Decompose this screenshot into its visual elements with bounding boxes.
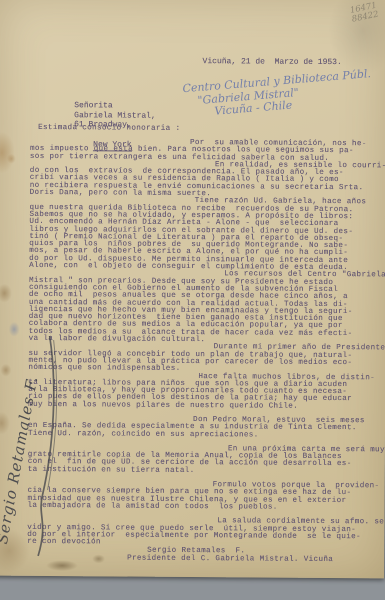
handwritten-annotation: Centro Cultural y Biblioteca Públ."Gabri…	[182, 68, 373, 121]
salutation: Estimada consocio honoraria :	[38, 124, 180, 133]
paragraph: En realidad, es sensible lo courri-do co…	[30, 161, 364, 200]
recipient-line: Señorita	[74, 101, 156, 111]
paragraph: Durante mi primer año de Presidentesu se…	[28, 343, 362, 375]
letter-body: Por su amable comunicación, nos he-mos i…	[27, 139, 364, 549]
paragraph: Los recursos del Centro "GabrielaMistral…	[29, 270, 364, 345]
archival-pencil-numbers: 16471 88422	[349, 2, 379, 25]
stain	[7, 154, 16, 164]
letter-paper: 16471 88422 Vicuña, 21 de Marzo de 1953.…	[0, 0, 385, 578]
paragraph: En una próxima carta me será muygrato re…	[28, 445, 362, 477]
paragraph: La saluda cordialmente su afmo. ser-vido…	[27, 517, 361, 549]
stain	[0, 132, 15, 174]
ink-smudge	[9, 322, 20, 337]
signature-flourish-stroke	[26, 330, 62, 562]
stain	[92, 554, 105, 563]
stain	[0, 412, 10, 435]
paragraph: Don Pedro Moral, estuvo seis mesesen Esp…	[28, 416, 362, 440]
recipient-line: Gabriela Mistral,	[74, 111, 156, 121]
paragraph: Formulo votos porque la providen-cia la …	[27, 481, 361, 513]
paragraph: Hace falta muchos libros, de distin-ta l…	[28, 372, 362, 411]
stain	[0, 364, 11, 377]
paragraph: Por su amable comunicación, nos he-mos i…	[30, 139, 364, 163]
paragraph: Tiene razón Ud. Gabriela, hace añosque n…	[29, 197, 364, 272]
signature-title: Presidente del C. Gabriela Mistral. Vicu…	[127, 555, 333, 564]
stain	[0, 284, 12, 303]
date-line: Vicuña, 21 de Marzo de 1953.	[203, 57, 342, 67]
